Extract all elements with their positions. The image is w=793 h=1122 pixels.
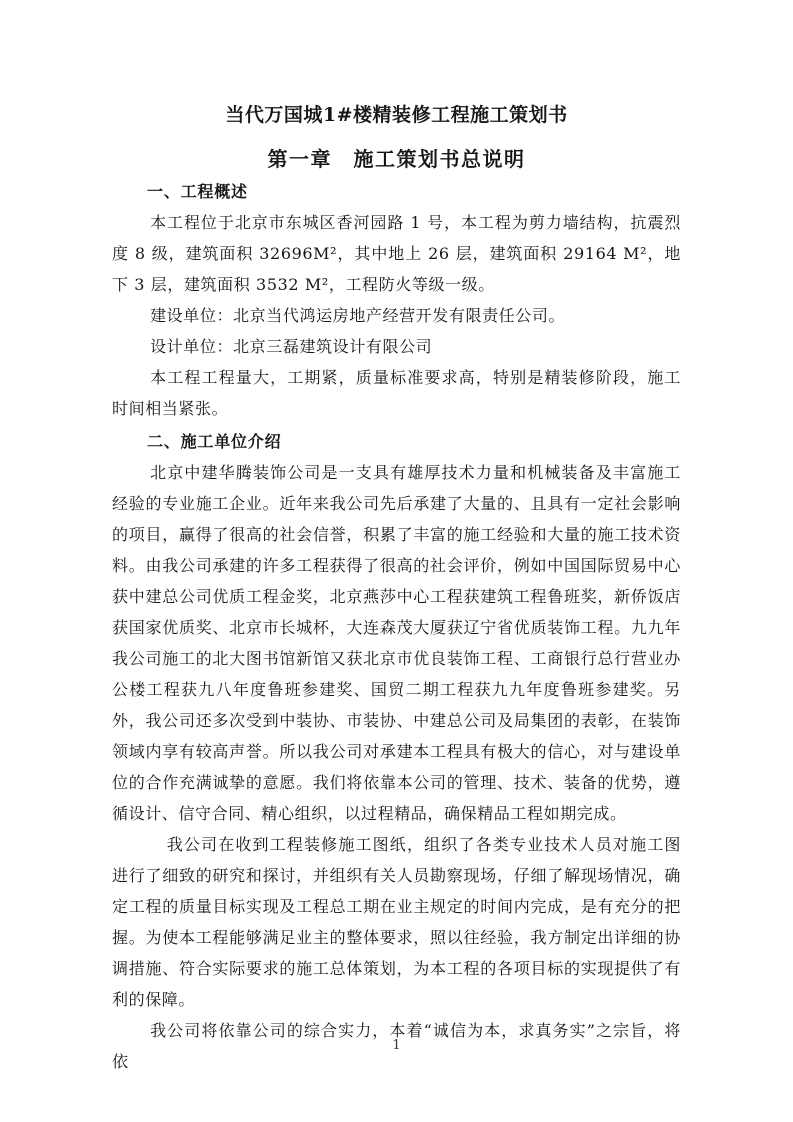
paragraph-design-unit: 设计单位：北京三磊建筑设计有限公司 [112,331,681,362]
document-title: 当代万国城1#楼精装修工程施工策划书 [112,100,681,131]
page-number: 1 [0,1038,793,1053]
section-heading-project-overview: 一、工程概述 [112,176,681,207]
paragraph-schedule-note: 本工程工程量大，工期紧，质量标准要求高，特别是精装修阶段，施工时间相当紧张。 [112,362,681,424]
paragraph-project-location: 本工程位于北京市东城区香河园路 1 号，本工程为剪力墙结构，抗震烈度 8 级，建… [112,207,681,300]
paragraph-company-introduction: 北京中建华腾装饰公司是一支具有雄厚技术力量和机械装备及丰富施工经验的专业施工企业… [112,457,681,829]
chapter-heading: 第一章 施工策划书总说明 [112,144,681,175]
document-page: 当代万国城1#楼精装修工程施工策划书 第一章 施工策划书总说明 一、工程概述 本… [0,0,793,1122]
paragraph-drawing-review: 我公司在收到工程装修施工图纸，组织了各类专业技术人员对施工图进行了细致的研究和探… [112,829,681,1015]
paragraph-construction-owner: 建设单位：北京当代鸿运房地产经营开发有限责任公司。 [112,300,681,331]
section-heading-contractor-intro: 二、施工单位介绍 [112,426,681,457]
